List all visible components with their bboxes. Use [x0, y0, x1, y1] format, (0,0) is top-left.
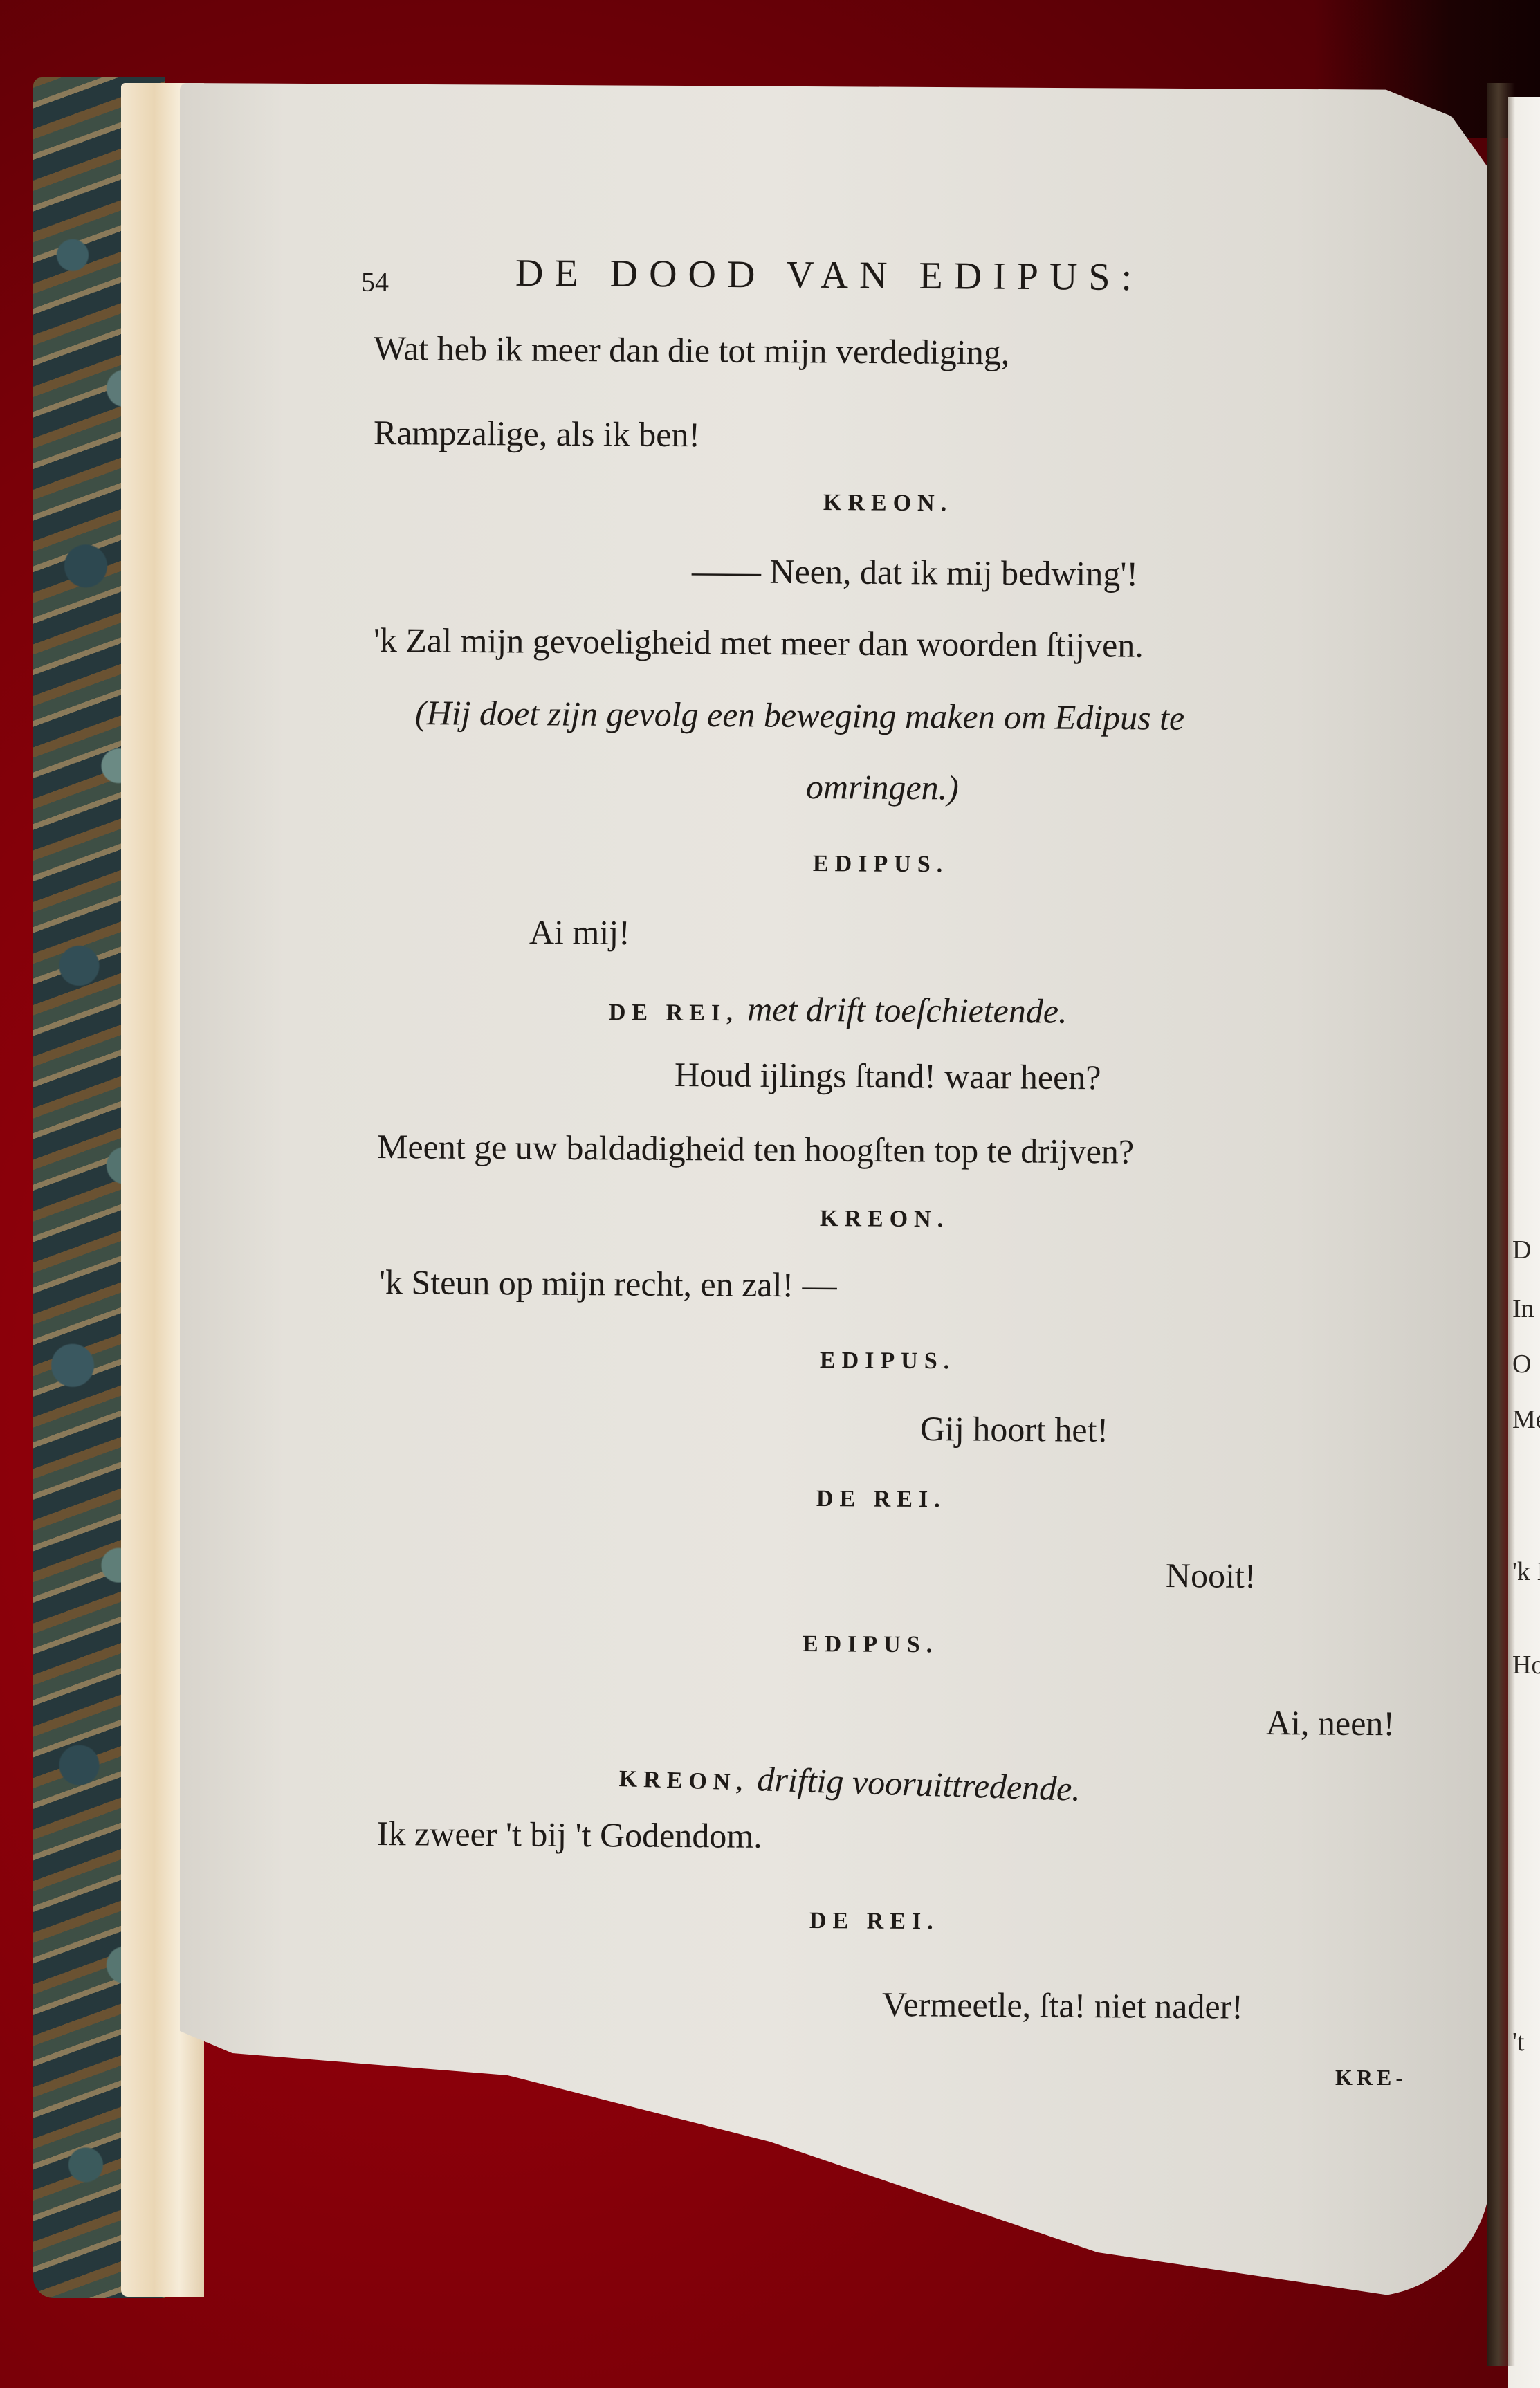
stage-direction-text: (Hij doet zijn gevolg een beweging maken…: [415, 693, 1185, 737]
verse-line: Meent ge uw baldadigheid ten hoogſten to…: [377, 1129, 1134, 1169]
stage-direction: omringen.): [806, 769, 959, 805]
catchword: KRE-: [1335, 2065, 1407, 2091]
verse-line: 'k Steun op mijn recht, en zal! —: [379, 1265, 837, 1303]
speaker-name: EDIPUS.: [820, 1349, 955, 1373]
speaker-name: EDIPUS.: [803, 1633, 938, 1657]
stage-direction-text: omringen.): [806, 767, 959, 807]
page-number: 54: [361, 266, 389, 298]
verse-line: Gij hoort het!: [920, 1411, 1109, 1447]
stage-direction: (Hij doet zijn gevolg een beweging maken…: [415, 695, 1185, 735]
verse-line: Ai mij!: [529, 915, 630, 950]
verse-line: Ik zweer 't bij 't Godendom.: [377, 1816, 762, 1853]
stage-direction-text: met drift toeſchietende.: [747, 989, 1067, 1030]
page-text: 54 DE DOOD VAN EDIPUS: Wat heb ik meer d…: [0, 0, 1540, 2388]
verse-line: Nooit!: [1166, 1558, 1256, 1593]
speaker-name: DE REI.: [816, 1487, 946, 1512]
speaker-name: EDIPUS.: [813, 852, 948, 876]
verse-line: Rampzalige, als ik ben!: [374, 415, 700, 452]
speaker-name: DE REI.: [809, 1909, 939, 1934]
speaker-name: DE REI,: [609, 1000, 739, 1026]
verse-line: Vermeetle, ſta! niet nader!: [882, 1987, 1243, 2024]
verse-line: 'k Zal mijn gevoeligheid met meer dan wo…: [374, 623, 1144, 663]
verse-line: —— Neen, dat ik mij bedwing'!: [692, 553, 1138, 591]
speaker-name: KREON.: [820, 1207, 949, 1231]
verse-line: Ai, neen!: [1266, 1705, 1395, 1741]
stage-direction-text: driftig vooruittredende.: [757, 1759, 1081, 1808]
verse-line: Houd ijlings ſtand! waar heen?: [675, 1057, 1101, 1094]
verse-line: Wat heb ik meer dan die tot mijn verdedi…: [374, 331, 1010, 369]
speaker-with-direction: KREON, driftig vooruittredende.: [618, 1757, 1081, 1806]
speaker-name: KREON,: [618, 1766, 749, 1796]
running-head: DE DOOD VAN EDIPUS:: [515, 251, 1144, 300]
speaker-name: KREON.: [823, 491, 953, 515]
speaker-with-direction: DE REI, met drift toeſchietende.: [609, 991, 1067, 1029]
